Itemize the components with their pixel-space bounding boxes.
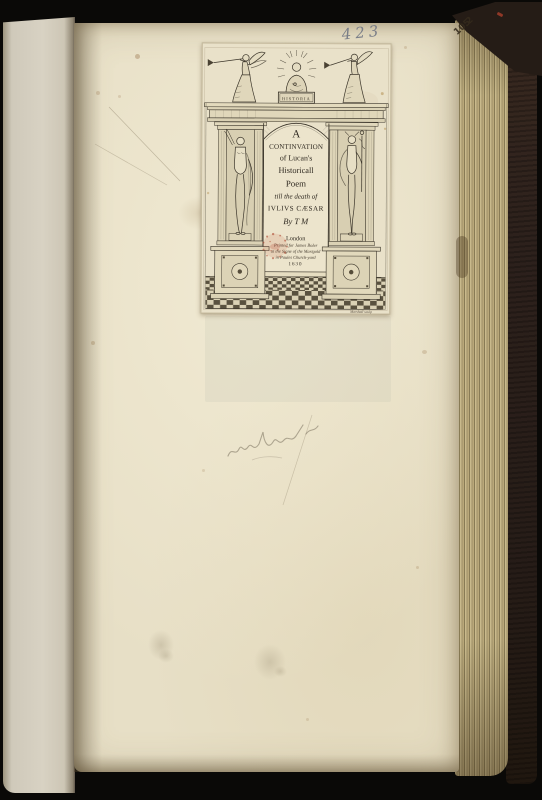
gutter-shadow [74, 23, 102, 772]
title-line: By T M [283, 216, 309, 226]
fore-edge-page-stack [455, 20, 508, 776]
pencil-inscription [222, 412, 332, 467]
plaque-label: HISTORIA [282, 96, 311, 101]
foxing-speck [96, 91, 100, 95]
foxing-speck [404, 46, 407, 49]
stain [274, 666, 287, 677]
page-bottom-shade [74, 754, 459, 772]
engraved-title-page: HISTORIA A CONTINVATION of Lucan's Histo… [200, 43, 391, 315]
title-line: of Lucan's [280, 153, 312, 162]
show-through-patch [205, 316, 391, 402]
title-line: A [292, 128, 300, 140]
imprint-line: London [286, 235, 306, 242]
photo-of-open-book: HISTORIA A CONTINVATION of Lucan's Histo… [0, 0, 542, 800]
right-pedestal [322, 247, 380, 299]
engraver-signature: Marshall sculp [349, 310, 372, 314]
imprint-line: 1630 [289, 262, 303, 267]
title-line: till the death of [275, 192, 319, 200]
title-line: Poem [286, 178, 306, 188]
title-line: Historicall [278, 166, 314, 175]
foxing-speck [91, 341, 95, 345]
foxing-speck [202, 469, 205, 472]
previous-leaf [3, 17, 75, 793]
cornice [204, 103, 388, 123]
title-line: IVLIVS CÆSAR [268, 204, 324, 212]
foxing-speck [135, 54, 140, 59]
book-cover-board [506, 6, 537, 784]
foxing-speck [118, 95, 121, 98]
foxing-speck [416, 566, 419, 569]
stain [158, 649, 174, 663]
fore-edge-stain [456, 236, 468, 278]
left-pedestal [211, 246, 269, 298]
foxing-speck [306, 718, 309, 721]
foxing-speck [422, 350, 427, 354]
title-line: CONTINVATION [269, 143, 323, 151]
